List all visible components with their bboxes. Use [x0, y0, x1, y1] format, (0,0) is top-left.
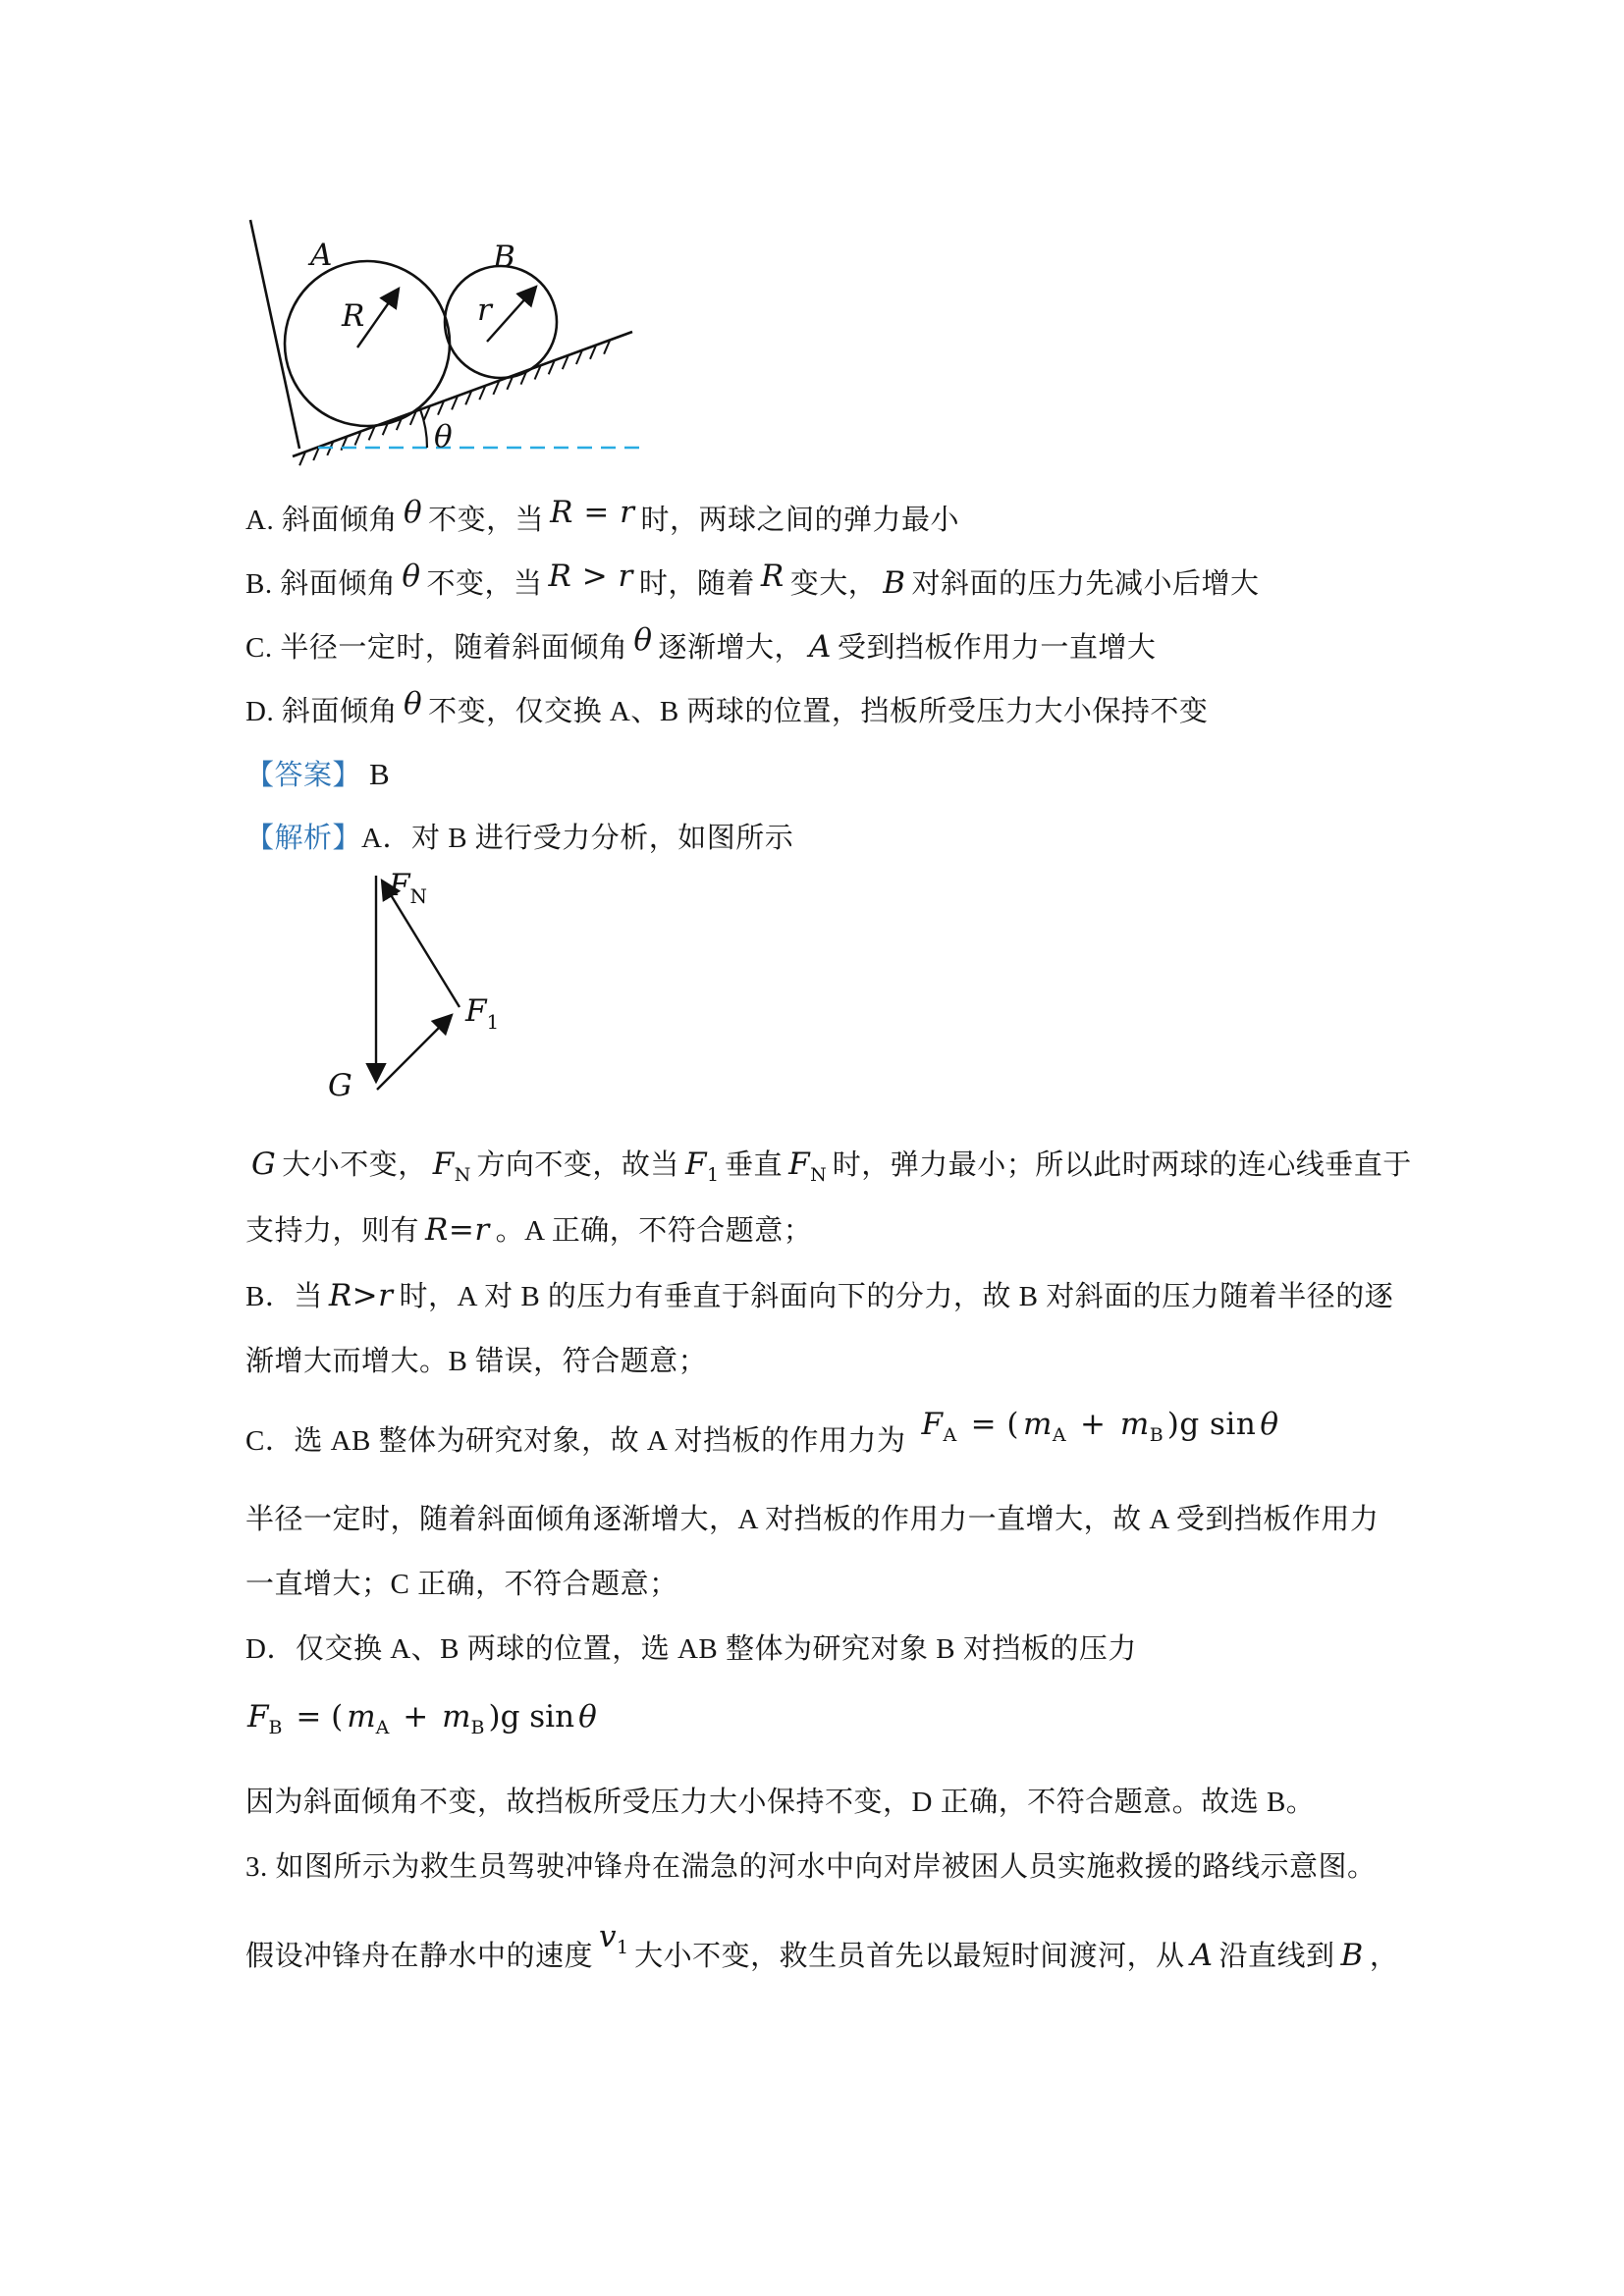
text-segment: 时，A 对 B 的压力有垂直于斜面向下的分力，故 B 对斜面的压力随着半径的逐 [399, 1281, 1393, 1312]
text-segment: 渐增大而增大。B 错误，符合题意； [245, 1346, 707, 1377]
barrier-line [250, 220, 299, 449]
solution-para2-line2: 渐增大而增大。B 错误，符合题意； [245, 1329, 1438, 1394]
sphere-a-circle [285, 261, 450, 426]
solution-para4-line2: 一直增大；C 正确，不符合题意； [245, 1552, 1438, 1617]
text-segment: C．选 AB 整体为研究对象，故 A 对挡板的作用力为 [245, 1425, 905, 1457]
text-segment: θ [1260, 1407, 1278, 1442]
sphere-a-label: A [307, 238, 332, 273]
weight-G-label: G [328, 1068, 352, 1103]
text-segment: θ [404, 672, 422, 735]
subscript: A [1053, 1424, 1066, 1446]
text-segment: 变大， [790, 568, 878, 600]
solution-para5-line: D．仅交换 A、B 两球的位置，选 AB 整体为研究对象 B 对挡板的压力 [245, 1617, 1438, 1682]
text-segment: 时，随着 [639, 568, 755, 600]
text-segment: D．仅交换 A、B 两球的位置，选 AB 整体为研究对象 B 对挡板的压力 [245, 1633, 1137, 1665]
text-segment: R > r [549, 545, 633, 608]
text-segment: 。A 正确，不符合题意； [496, 1215, 813, 1247]
text-segment: θ [633, 609, 652, 671]
solution-para3-line: C．选 AB 整体为研究对象，故 A 对挡板的作用力为FA = (mA + mB… [245, 1402, 1438, 1479]
text-segment: R = r [550, 481, 634, 544]
page-content: A B R r θ A. 斜面倾角θ不变，当R = r时，两球之间的弹力最小 B… [245, 145, 1438, 1989]
incline-two-spheres-figure: A B R r θ [245, 145, 650, 474]
document-page: A B R r θ A. 斜面倾角θ不变，当R = r时，两球之间的弹力最小 B… [0, 0, 1624, 2296]
text-segment: B [1341, 1938, 1364, 1973]
text-segment: 半径一定时，随着斜面倾角逐渐增大，A 对挡板的作用力一直增大，故 A 受到挡板作… [245, 1504, 1379, 1535]
text-segment: 沿直线到 [1219, 1941, 1335, 1972]
question3-intro-line1: 3. 如图所示为救生员驾驶冲锋舟在湍急的河水中向对岸被困人员实施救援的路线示意图… [245, 1835, 1438, 1899]
text-segment: FN [433, 1147, 471, 1182]
text-segment: D. 斜面倾角 [245, 696, 398, 727]
theta-label: θ [434, 419, 453, 454]
answer-value: B [369, 757, 390, 791]
text-segment: 时，两球之间的弹力最小 [640, 505, 959, 536]
formula-FA: FA = (mA + mB)g sinθ [919, 1386, 1280, 1463]
text-segment: 逐渐增大， [659, 632, 804, 664]
text-segment: R [761, 545, 785, 608]
option-b: B. 斜面倾角θ不变，当R > r时，随着R变大，B对斜面的压力先减小后增大 [245, 552, 1438, 615]
text-segment: )g sin [1167, 1407, 1257, 1442]
subscript: B [471, 1717, 485, 1738]
subscript: A [376, 1717, 390, 1738]
analysis-label: 【解析】 [245, 823, 361, 854]
sphere-b-circle [445, 266, 557, 378]
subscript: 1 [707, 1164, 719, 1186]
solution-para2-line1: B．当R>r时，A 对 B 的压力有垂直于斜面向下的分力，故 B 对斜面的压力随… [245, 1263, 1438, 1329]
text-segment: 受到挡板作用力一直增大 [838, 632, 1157, 664]
text-segment: B [883, 565, 905, 601]
subscript: N [810, 1164, 827, 1186]
text-segment: 不变，当 [428, 505, 544, 536]
text-segment: mB [1120, 1407, 1164, 1442]
analysis-line: 【解析】A．对 B 进行受力分析，如图所示 [245, 807, 1438, 870]
text-segment: = ( [960, 1407, 1019, 1442]
subscript: A [944, 1424, 957, 1446]
answer-line: 【答案】B [245, 743, 1438, 807]
force-triangle-figure: FN F1 G [245, 860, 540, 1132]
text-segment: θ [578, 1699, 597, 1735]
solution-para1-line1: G大小不变，FN方向不变，故当F1垂直FN时，弹力最小；所以此时两球的连心线垂直… [245, 1132, 1438, 1198]
text-segment: A [1191, 1938, 1214, 1973]
text-segment: FA [921, 1407, 956, 1442]
subscript: B [1150, 1424, 1164, 1446]
radius-r-arrow [487, 287, 536, 342]
text-segment: + [393, 1699, 438, 1735]
text-segment: 一直增大；C 正确，不符合题意； [245, 1569, 678, 1600]
text-segment: ， [1370, 1941, 1399, 1972]
text-segment: θ [404, 481, 422, 544]
text-segment: 因为斜面倾角不变，故挡板所受压力大小保持不变，D 正确，不符合题意。故选 B。 [245, 1787, 1315, 1818]
text-segment: mA [347, 1699, 389, 1735]
text-segment: mB [442, 1699, 484, 1735]
solution-para6-line: 因为斜面倾角不变，故挡板所受压力大小保持不变，D 正确，不符合题意。故选 B。 [245, 1770, 1438, 1835]
option-c: C. 半径一定时，随着斜面倾角θ逐渐增大，A受到挡板作用力一直增大 [245, 615, 1438, 679]
subscript: N [455, 1164, 471, 1186]
solution-para3-text: C．选 AB 整体为研究对象，故 A 对挡板的作用力为 [245, 1425, 905, 1457]
text-segment: )g sin [488, 1699, 574, 1735]
question3-intro-line2: 假设冲锋舟在静水中的速度v1大小不变，救生员首先以最短时间渡河，从A沿直线到B， [245, 1923, 1438, 1989]
text-segment: 假设冲锋舟在静水中的速度 [245, 1941, 593, 1972]
text-segment: A．对 B 进行受力分析，如图所示 [361, 823, 793, 854]
solution-para1-line2: 支持力，则有R=r。A 正确，不符合题意； [245, 1198, 1438, 1263]
text-segment: A. 斜面倾角 [245, 505, 398, 536]
text-segment: + [1070, 1407, 1116, 1442]
formula-FB-line: FB = (mA + mB)g sinθ [245, 1682, 1438, 1752]
subscript: B [269, 1717, 283, 1738]
sphere-b-label: B [492, 240, 515, 275]
text-segment: R>r [329, 1278, 394, 1313]
radius-r-label: r [477, 293, 494, 328]
text-segment: 对斜面的压力先减小后增大 [912, 568, 1260, 600]
subscript: 1 [617, 1937, 628, 1958]
text-segment: = ( [286, 1699, 343, 1735]
text-segment: F1 [685, 1147, 719, 1182]
analysis-head-text: A．对 B 进行受力分析，如图所示 [361, 823, 793, 854]
text-segment: B．当 [245, 1281, 323, 1312]
text-segment: 大小不变， [282, 1149, 427, 1181]
text-segment: 支持力，则有 [245, 1215, 419, 1247]
answer-label: 【答案】 [245, 760, 361, 791]
text-segment: C. 半径一定时，随着斜面倾角 [245, 632, 627, 664]
text-segment: v1 [599, 1904, 628, 1969]
force-F1-vector [377, 1015, 452, 1090]
normal-FN-label: FN [388, 868, 427, 908]
text-segment: B. 斜面倾角 [245, 568, 396, 600]
text-segment: 垂直 [725, 1149, 783, 1181]
text-segment: 不变，当 [427, 568, 543, 600]
radius-R-label: R [341, 298, 364, 334]
force-F1-label: F1 [464, 993, 499, 1034]
text-segment: θ [402, 545, 420, 608]
text-segment: 方向不变，故当 [476, 1149, 679, 1181]
text-segment: 大小不变，救生员首先以最短时间渡河，从 [634, 1941, 1185, 1972]
text-segment: mA [1023, 1407, 1066, 1442]
text-segment: FB [247, 1699, 282, 1735]
option-d: D. 斜面倾角θ不变，仅交换 A、B 两球的位置，挡板所受压力大小保持不变 [245, 679, 1438, 743]
text-segment: G [251, 1147, 276, 1182]
text-segment: 3. 如图所示为救生员驾驶冲锋舟在湍急的河水中向对岸被困人员实施救援的路线示意图… [245, 1851, 1377, 1883]
text-segment: 不变，仅交换 A、B 两球的位置，挡板所受压力大小保持不变 [428, 696, 1208, 727]
text-segment: FN [788, 1147, 827, 1182]
text-segment: 时，弹力最小；所以此时两球的连心线垂直于 [833, 1149, 1412, 1181]
text-segment: R=r [425, 1212, 490, 1248]
option-a: A. 斜面倾角θ不变，当R = r时，两球之间的弹力最小 [245, 488, 1438, 552]
text-segment: A [809, 629, 832, 665]
solution-para4-line1: 半径一定时，随着斜面倾角逐渐增大，A 对挡板的作用力一直增大，故 A 受到挡板作… [245, 1487, 1438, 1552]
